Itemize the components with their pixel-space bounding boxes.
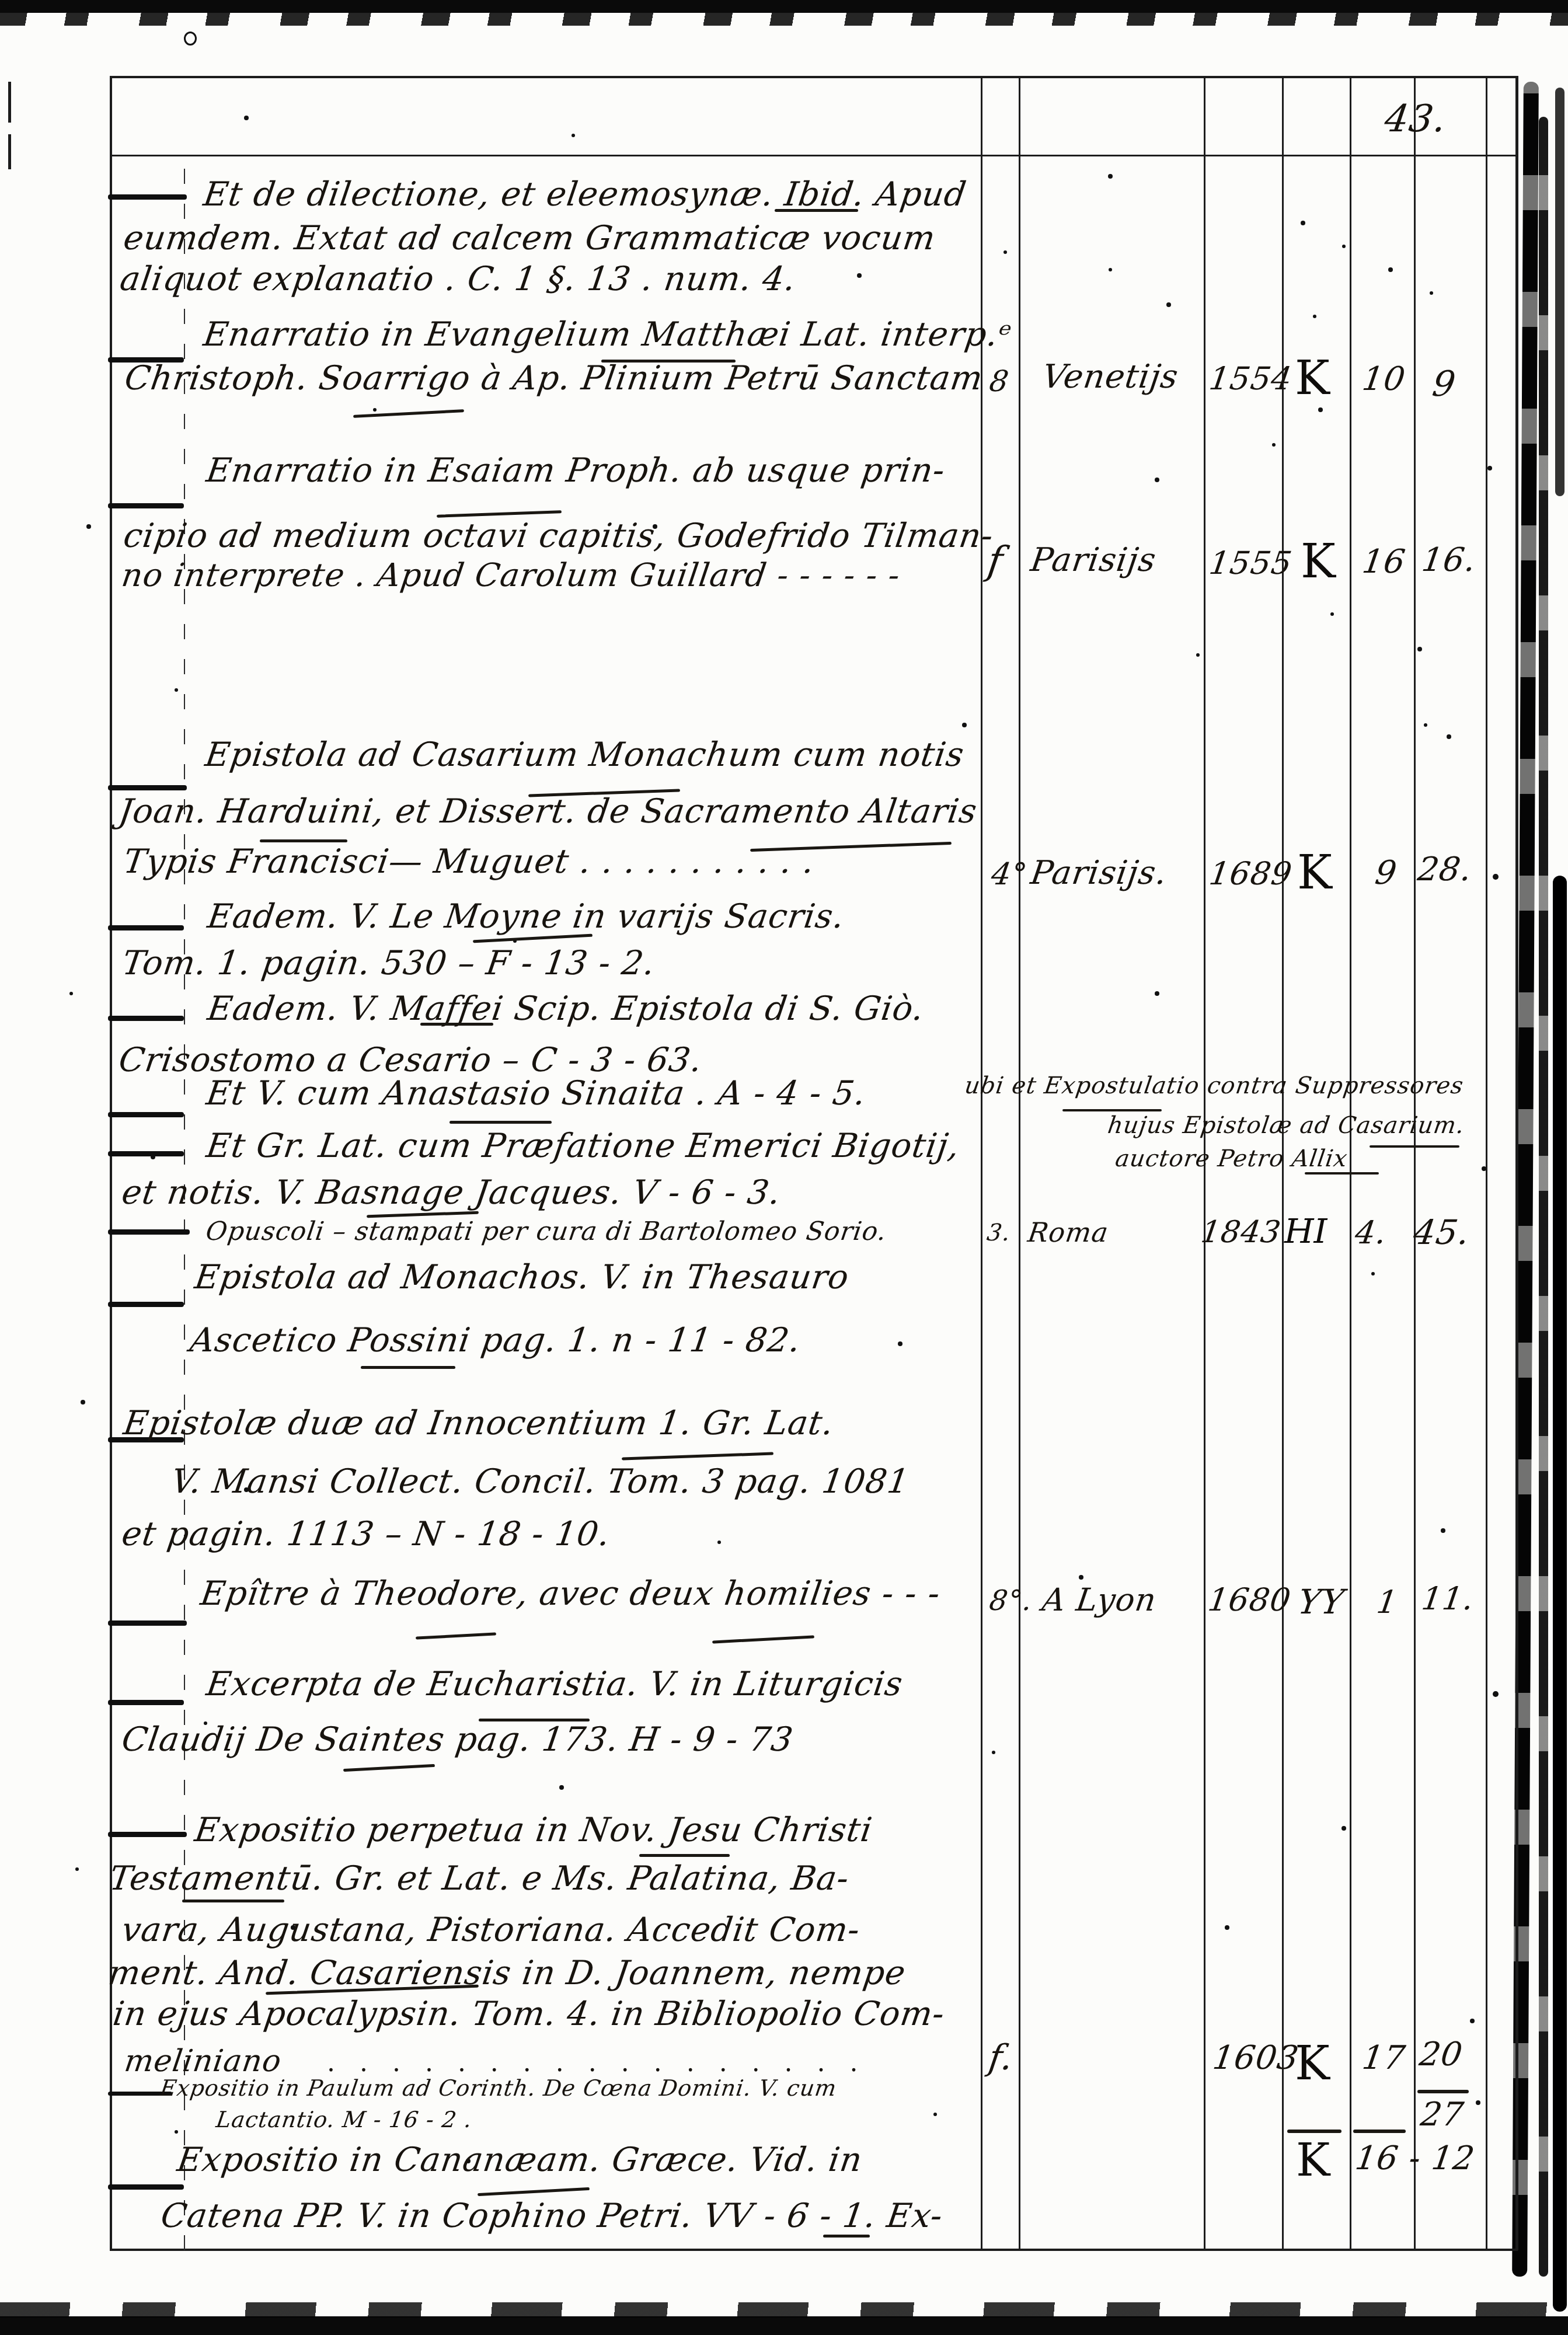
entry-line: et notis. V. Basnage Jacques. V - 6 - 3. xyxy=(120,1176,783,1210)
entry-line: Tom. 1. pagin. 530 – F - 13 - 2. xyxy=(120,947,657,980)
stray-circle-mark xyxy=(184,32,197,46)
entry-tick xyxy=(108,785,187,790)
scan-noise-top xyxy=(0,0,1568,13)
place-value: Parisijs. xyxy=(1029,857,1169,890)
year-value: 1680 xyxy=(1206,1584,1293,1616)
underline-stroke xyxy=(622,1452,773,1460)
entry-line: eumdem. Extat ad calcem Grammaticæ vocum xyxy=(121,222,938,255)
entry-tick xyxy=(108,925,184,930)
year-value: 1554 xyxy=(1207,363,1294,395)
entry-line: Enarratio in Esaiam Proph. ab usque prin… xyxy=(204,454,947,487)
format-value: 4° xyxy=(989,859,1029,890)
entry-line: Excerpta de Eucharistia. V. in Liturgici… xyxy=(204,1668,905,1701)
year-value: 1843 xyxy=(1199,1217,1283,1247)
shelf-letter: K xyxy=(1295,355,1330,402)
entry-tick xyxy=(108,1700,184,1705)
underline-stroke xyxy=(479,1719,590,1721)
entry-line: Epistolæ duæ ad Innocentium 1. Gr. Lat. xyxy=(121,1407,836,1440)
entry-line: no interprete . Apud Carolum Guillard - … xyxy=(120,559,903,591)
entry-line: Expositio perpetua in Nov. Jesu Christi xyxy=(193,1814,874,1847)
entry-line: et pagin. 1113 – N - 18 - 10. xyxy=(120,1518,612,1551)
shelf-num1: 1 xyxy=(1375,1587,1400,1618)
entry-line: Epistola ad Casarium Monachum cum notis xyxy=(203,738,966,772)
entry-tick xyxy=(108,503,184,508)
underline-stroke xyxy=(1417,2090,1469,2093)
entry-line: Epistola ad Monachos. V. in Thesauro xyxy=(193,1261,851,1294)
marginal-note-line: hujus Epistolæ ad Casarium. xyxy=(1106,1114,1466,1137)
year-value: 1555 xyxy=(1207,548,1294,579)
underline-stroke xyxy=(353,409,464,418)
column-rule-place-left xyxy=(1019,78,1020,2250)
shelf-num2: 16. xyxy=(1420,544,1478,577)
scan-noise-right-curl xyxy=(1539,117,1548,2277)
entry-line: Claudij De Saintes pag. 173. H - 9 - 73 xyxy=(120,1723,795,1757)
shelf-letter: HI xyxy=(1284,1214,1327,1248)
underline-stroke xyxy=(361,1366,455,1369)
place-value: Venetijs xyxy=(1040,361,1180,393)
marginal-note-line: ubi et Expostulatio contra Suppressores xyxy=(963,1074,1465,1097)
left-margin-mark xyxy=(8,134,11,169)
place-value: Roma xyxy=(1026,1219,1110,1246)
entry-line: Typis Francisci— Muguet . . . . . . . . … xyxy=(121,845,817,879)
leader-dots: . . . . . . . . . . . . . . . . . xyxy=(327,2050,866,2076)
entry-line: Expositio in Paulum ad Corinth. De Cœna … xyxy=(159,2077,838,2099)
entry-line: meliniano xyxy=(123,2046,284,2076)
underline-stroke xyxy=(1353,2130,1406,2133)
ink-specks xyxy=(0,0,2,2)
scan-noise-bottom-ragged xyxy=(0,2302,1568,2317)
shelf-num2: 11. xyxy=(1420,1583,1476,1615)
shelf-letter: K xyxy=(1301,538,1336,585)
shelf-letter: K xyxy=(1295,2040,1330,2087)
entry-line: Et V. cum Anastasio Sinaita . A - 4 - 5. xyxy=(204,1077,868,1110)
underline-stroke xyxy=(823,2235,870,2238)
underline-stroke xyxy=(601,360,736,363)
entry-tick xyxy=(108,1620,187,1626)
shelf-num1: 4. xyxy=(1353,1217,1389,1249)
table-bottom-rule xyxy=(110,2249,1518,2251)
entry-tick xyxy=(108,1229,190,1235)
year-value: 1689 xyxy=(1207,858,1294,890)
entry-line: Et de dilectione, et eleemosynæ. Ibid. A… xyxy=(201,178,968,211)
shelf-letter: K xyxy=(1297,849,1332,896)
place-value: Parisijs xyxy=(1029,544,1158,577)
column-rule-num2-right xyxy=(1486,78,1487,2250)
entry-line: Et Gr. Lat. cum Præfatione Emerici Bigot… xyxy=(204,1130,961,1163)
table-top-rule xyxy=(110,76,1518,78)
folio-number: 43. xyxy=(1382,100,1449,138)
entry-line: Epître à Theodore, avec deux homilies - … xyxy=(198,1577,942,1611)
entry-line: in ejus Apocalypsin. Tom. 4. in Bibliopo… xyxy=(111,1998,947,2031)
scan-noise-bottom xyxy=(0,2316,1568,2335)
entry-tick xyxy=(108,2184,184,2190)
underline-stroke xyxy=(712,1635,814,1643)
entry-line: Lactantio. M - 16 - 2 . xyxy=(215,2109,473,2131)
entry-tick xyxy=(108,1302,184,1307)
table-right-rule xyxy=(1515,76,1518,2250)
underline-stroke xyxy=(343,1764,435,1772)
entry-line: Eadem. V. Maffei Scip. Epistola di S. Gi… xyxy=(205,992,926,1026)
underline-stroke xyxy=(775,209,858,212)
entry-line: Ascetico Possini pag. 1. n - 11 - 82. xyxy=(188,1324,803,1357)
entry-line: Joan. Harduini, et Dissert. de Sacrament… xyxy=(117,795,979,828)
shelf-num2: 28. xyxy=(1416,853,1474,886)
entry-line: Christoph. Soarrigo à Ap. Plinium Petrū … xyxy=(123,362,985,395)
scan-noise-right-edge xyxy=(1553,876,1567,2312)
format-value: f. xyxy=(987,2040,1016,2075)
underline-stroke xyxy=(1287,2130,1341,2133)
entry-line: ment. And. Casariensis in D. Joannem, ne… xyxy=(106,1957,908,1990)
format-value: 8°. xyxy=(988,1587,1034,1615)
entry-line: Catena PP. V. in Cophino Petri. VV - 6 -… xyxy=(159,2200,945,2233)
marginal-note-line: auctore Petro Allix xyxy=(1114,1147,1349,1170)
underline-stroke xyxy=(182,1900,284,1902)
entry-line: Testamentū. Gr. et Lat. e Ms. Palatina, … xyxy=(107,1862,851,1895)
shelf-num1: 10 xyxy=(1360,363,1407,396)
underline-stroke xyxy=(450,1121,552,1124)
shelf-num2: 45. xyxy=(1412,1215,1472,1249)
entry-line: Enarratio in Evangelium Matthæi Lat. int… xyxy=(201,318,1014,351)
format-value: 8 xyxy=(988,367,1011,396)
entry-tick xyxy=(108,1832,187,1837)
entry-line: Opuscoli – stampati per cura di Bartolom… xyxy=(204,1219,888,1245)
underline-stroke xyxy=(416,1632,496,1639)
entry-tick xyxy=(108,1112,184,1117)
underline-stroke xyxy=(420,1023,493,1026)
shelf-num1: 16 xyxy=(1360,546,1407,578)
underline-stroke xyxy=(639,1854,730,1857)
column-rule-num2-left xyxy=(1414,78,1416,2250)
header-rule xyxy=(110,155,1518,156)
shelf-letter: YY xyxy=(1296,1585,1347,1619)
entry-tick xyxy=(108,194,187,200)
entry-line: V. Mansi Collect. Concil. Tom. 3 pag. 10… xyxy=(169,1465,911,1498)
entry-line: cipio ad medium octavi capitis, Godefrid… xyxy=(121,520,995,553)
shelf-letter: K xyxy=(1296,2138,1330,2183)
place-value: A Lyon xyxy=(1040,1584,1158,1616)
shelf-num1: 9 xyxy=(1373,857,1399,890)
entry-tick xyxy=(108,1016,184,1021)
entry-line: aliquot explanatio . C. 1 §. 13 . num. 4… xyxy=(118,263,798,296)
underline-stroke xyxy=(1062,1109,1162,1111)
scan-noise-top-ragged xyxy=(0,13,1568,26)
table-left-rule xyxy=(110,76,112,2250)
underline-stroke xyxy=(1370,1145,1459,1148)
shelf-num2-alt: 27 xyxy=(1419,2099,1466,2131)
shelf-num1: 17 xyxy=(1360,2042,1407,2075)
entry-line: Crisostomo a Cesario – C - 3 - 63. xyxy=(117,1044,704,1077)
shelf-num2: 9 xyxy=(1430,367,1458,402)
column-rule-num1-left xyxy=(1350,78,1351,2250)
shelf-num2: 20 xyxy=(1417,2038,1465,2071)
manuscript-catalog-page: 43. Et de dilectione, et eleemosynæ. Ibi… xyxy=(0,0,1568,2335)
format-value: 3. xyxy=(985,1221,1012,1245)
entry-line: vara, Augustana, Pistoriana. Accedit Com… xyxy=(120,1914,862,1947)
year-value: 1603 xyxy=(1211,2042,1301,2075)
entry-tick xyxy=(108,1151,184,1156)
underline-stroke xyxy=(1305,1172,1379,1175)
entry-line: Expositio in Cananæam. Græce. Vid. in xyxy=(175,2144,865,2177)
shelf-nums: 16 - 12 xyxy=(1353,2142,1477,2175)
scan-noise-right-edge xyxy=(1555,88,1564,496)
column-rule-format-left xyxy=(981,78,982,2250)
underline-stroke xyxy=(260,839,347,842)
left-margin-mark xyxy=(8,82,11,123)
entry-line: Eadem. V. Le Moyne in varijs Sacris. xyxy=(205,900,846,933)
underline-stroke xyxy=(478,2187,590,2196)
